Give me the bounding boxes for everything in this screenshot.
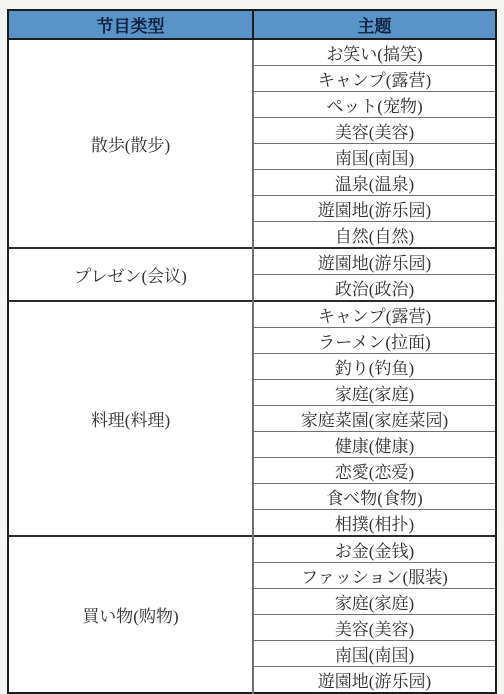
theme-cell: キャンプ(露营) [253, 66, 496, 92]
theme-cell: 遊園地(游乐园) [253, 196, 496, 222]
program-type-cell: プレゼン(会议) [8, 248, 253, 301]
theme-cell: 温泉(温泉) [253, 170, 496, 196]
table-header-row: 节目类型 主题 [8, 10, 496, 39]
theme-cell: 健康(健康) [253, 432, 496, 458]
theme-cell: 家庭菜園(家庭菜园) [253, 406, 496, 432]
program-theme-table: 节目类型 主题 散歩(散步)お笑い(搞笑)キャンプ(露营)ペット(宠物)美容(美… [7, 9, 497, 640]
table-row: 買い物(购物)お金(金钱) [8, 536, 496, 563]
theme-cell: 釣り(钓鱼) [253, 354, 496, 380]
theme-cell: 遊園地(游乐园) [253, 248, 496, 275]
program-type-cell: 散歩(散步) [8, 39, 253, 248]
theme-cell: 家庭(家庭) [253, 589, 496, 615]
table-body: 散歩(散步)お笑い(搞笑)キャンプ(露营)ペット(宠物)美容(美容)南国(南国)… [8, 39, 496, 640]
theme-cell: お金(金钱) [253, 536, 496, 563]
theme-cell: 家庭(家庭) [253, 380, 496, 406]
theme-cell: お笑い(搞笑) [253, 39, 496, 66]
theme-cell: ペット(宠物) [253, 92, 496, 118]
theme-cell: ファッション(服装) [253, 563, 496, 589]
theme-cell: 政治(政治) [253, 275, 496, 302]
theme-cell: ラーメン(拉面) [253, 328, 496, 354]
program-theme-table-container: 节目类型 主题 散歩(散步)お笑い(搞笑)キャンプ(露营)ペット(宠物)美容(美… [7, 9, 497, 640]
table-row: 料理(料理)キャンプ(露营) [8, 301, 496, 328]
program-type-cell: 買い物(购物) [8, 536, 253, 640]
theme-cell: 南国(南国) [253, 144, 496, 170]
header-theme: 主题 [253, 10, 496, 39]
table-row: 散歩(散步)お笑い(搞笑) [8, 39, 496, 66]
table-row: プレゼン(会议)遊園地(游乐园) [8, 248, 496, 275]
theme-cell: 食べ物(食物) [253, 484, 496, 510]
theme-cell: 自然(自然) [253, 222, 496, 249]
header-program-type: 节目类型 [8, 10, 253, 39]
theme-cell: 美容(美容) [253, 118, 496, 144]
theme-cell: キャンプ(露营) [253, 301, 496, 328]
theme-cell: 恋愛(恋爱) [253, 458, 496, 484]
theme-cell: 美容(美容) [253, 615, 496, 641]
program-type-cell: 料理(料理) [8, 301, 253, 536]
theme-cell: 相撲(相扑) [253, 510, 496, 537]
